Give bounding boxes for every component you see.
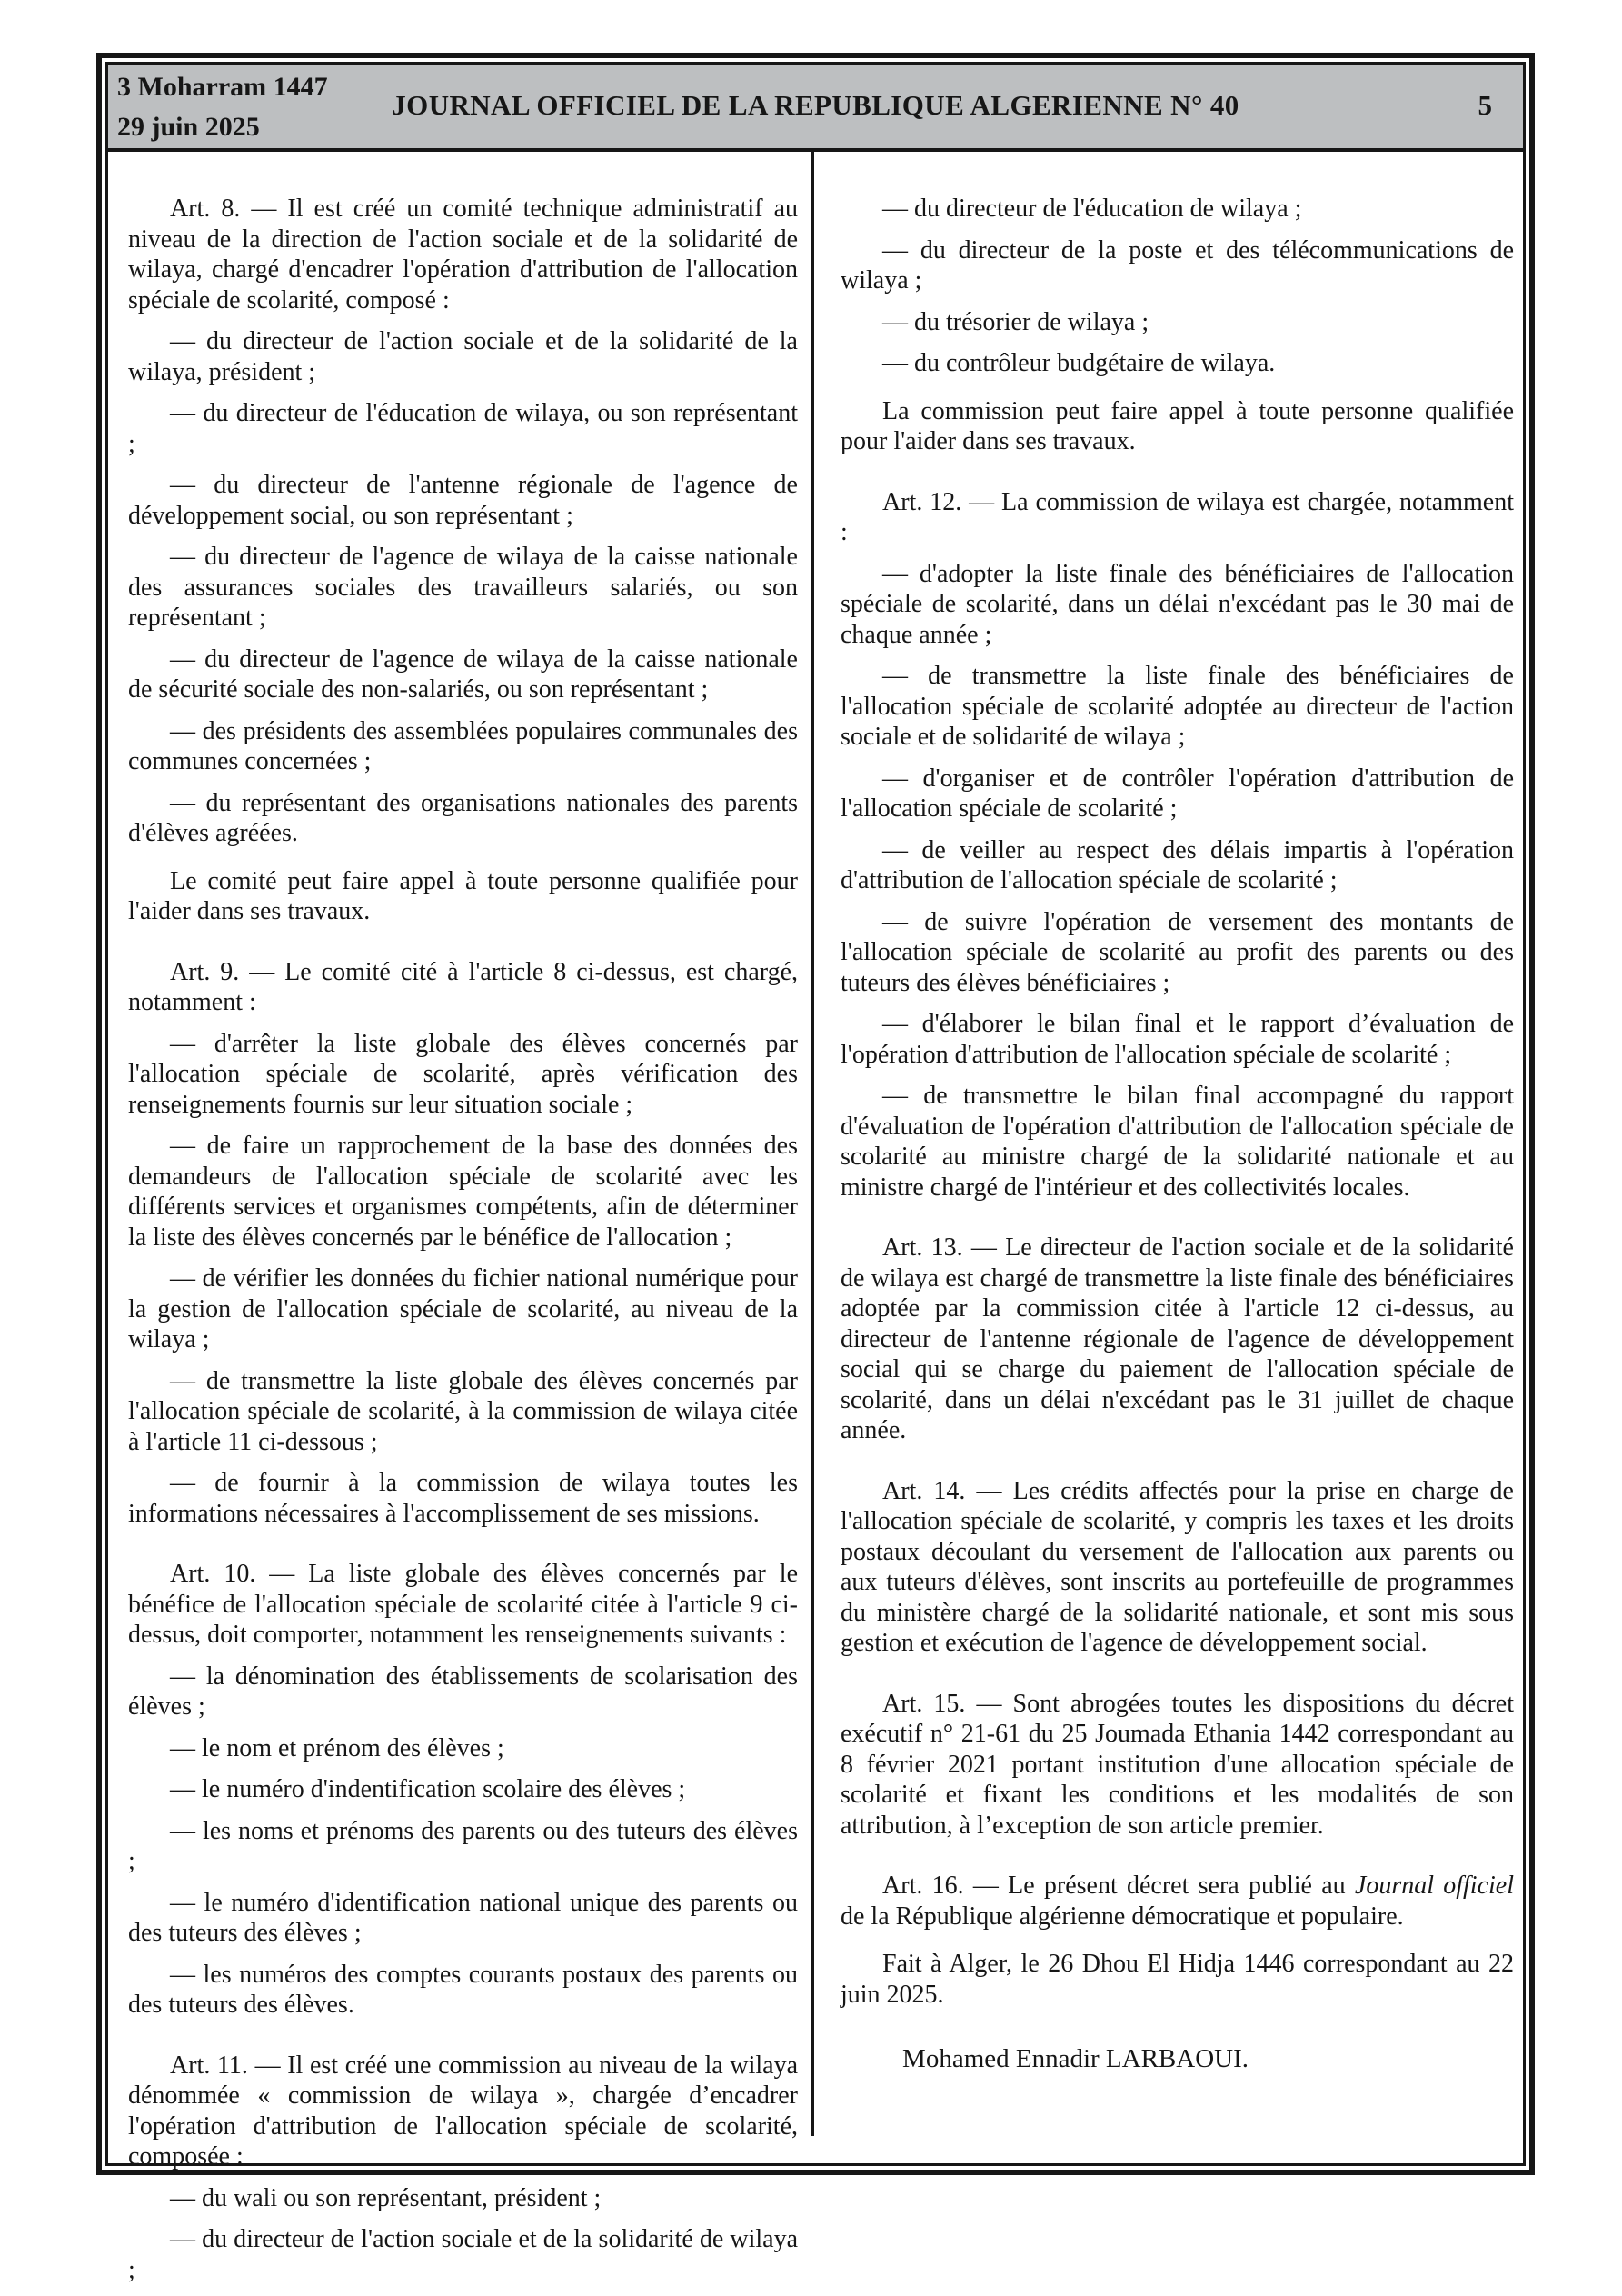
text-block: — le numéro d'indentification scolaire d… <box>128 1774 798 1805</box>
text-block: — les numéros des comptes courants posta… <box>128 1960 798 2021</box>
text-block: — du directeur de l'agence de wilaya de … <box>128 644 798 705</box>
text-block: Art. 10. — La liste globale des élèves c… <box>128 1559 798 1651</box>
text-block: — du directeur de l'agence de wilaya de … <box>128 542 798 634</box>
text-block: — les noms et prénoms des parents ou des… <box>128 1816 798 1877</box>
text-block: Art. 9. — Le comité cité à l'article 8 c… <box>128 957 798 1018</box>
page-number: 5 <box>1478 89 1493 122</box>
text-block: — des présidents des assemblées populair… <box>128 716 798 777</box>
signature: Mohamed Ennadir LARBAOUI. <box>841 2044 1514 2075</box>
text-block: — d'organiser et de contrôler l'opératio… <box>841 764 1514 824</box>
text-block: — de faire un rapprochement de la base d… <box>128 1131 798 1253</box>
text-block: — la dénomination des établissements de … <box>128 1662 798 1722</box>
text-block: — de suivre l'opération de versement des… <box>841 907 1514 999</box>
text-block: — d'adopter la liste finale des bénéfici… <box>841 559 1514 651</box>
text-block: La commission peut faire appel à toute p… <box>841 396 1514 457</box>
text-block: — d'arrêter la liste globale des élèves … <box>128 1029 798 1121</box>
text-block: — du wali ou son représentant, président… <box>128 2183 798 2214</box>
left-column: Art. 8. — Il est créé un comité techniqu… <box>128 194 798 2285</box>
text-block: — de transmettre la liste finale des bén… <box>841 661 1514 753</box>
text-block: — du directeur de l'éducation de wilaya … <box>841 194 1514 225</box>
text-block: — de veiller au respect des délais impar… <box>841 835 1514 896</box>
text-block: — du directeur de l'action sociale et de… <box>128 326 798 387</box>
text-block: — le nom et prénom des élèves ; <box>128 1733 798 1764</box>
text-block: — du directeur de l'antenne régionale de… <box>128 470 798 531</box>
journal-title: JOURNAL OFFICIEL DE LA REPUBLIQUE ALGERI… <box>217 89 1414 122</box>
text-block: — du contrôleur budgétaire de wilaya. <box>841 348 1514 379</box>
text-block: Art. 14. — Les crédits affectés pour la … <box>841 1476 1514 1659</box>
text-block: Fait à Alger, le 26 Dhou El Hidja 1446 c… <box>841 1949 1514 2010</box>
text-block: — le numéro d'identification national un… <box>128 1888 798 1949</box>
text-block: — de fournir à la commission de wilaya t… <box>128 1468 798 1529</box>
text-block: — du directeur de l'éducation de wilaya,… <box>128 398 798 459</box>
text-block: Art. 16. — Le présent décret sera publié… <box>841 1871 1514 1932</box>
text-block: Art. 15. — Sont abrogées toutes les disp… <box>841 1689 1514 1842</box>
text-block: — du trésorier de wilaya ; <box>841 307 1514 338</box>
text-block: — de vérifier les données du fichier nat… <box>128 1263 798 1355</box>
text-block: — du représentant des organisations nati… <box>128 788 798 849</box>
text-block: — de transmettre le bilan final accompag… <box>841 1081 1514 1203</box>
text-block: Art. 11. — Il est créé une commission au… <box>128 2051 798 2172</box>
text-block: — de transmettre la liste globale des él… <box>128 1366 798 1458</box>
column-divider <box>811 151 814 2136</box>
text-block: — du directeur de l'action sociale et de… <box>128 2224 798 2285</box>
text-block: Art. 13. — Le directeur de l'action soci… <box>841 1233 1514 1446</box>
text-block: — du directeur de la poste et des téléco… <box>841 235 1514 296</box>
text-block: Le comité peut faire appel à toute perso… <box>128 866 798 927</box>
masthead: 3 Moharram 1447 29 juin 2025 JOURNAL OFF… <box>108 65 1523 152</box>
right-column: — du directeur de l'éducation de wilaya … <box>841 194 1514 2075</box>
text-block: Art. 8. — Il est créé un comité techniqu… <box>128 194 798 315</box>
text-block: — d'élaborer le bilan final et le rappor… <box>841 1009 1514 1070</box>
text-block: Art. 12. — La commission de wilaya est c… <box>841 487 1514 548</box>
